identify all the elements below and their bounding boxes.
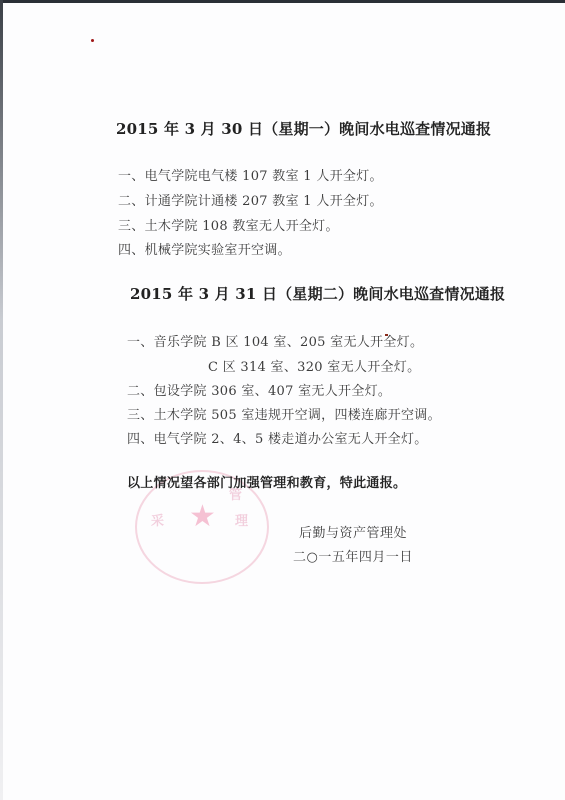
section-2-item-3: 三、土木学院 505 室违规开空调，四楼连廊开空调。 — [127, 404, 441, 423]
stamp-right-char: 理 — [235, 510, 248, 529]
scanned-document-page: 2015 年 3 月 30 日（星期一）晚间水电巡查情况通报 一、电气学院电气楼… — [0, 0, 565, 800]
scan-speck — [91, 39, 94, 42]
scan-edge-left — [0, 0, 3, 800]
closing-statement: 以上情况望各部门加强管理和教育，特此通报。 — [127, 472, 406, 491]
section-1-item-1: 一、电气学院电气楼 107 教室 1 人开全灯。 — [118, 165, 383, 184]
stamp-star-icon: ★ — [189, 502, 216, 532]
section-2-item-1-continued: C 区 314 室、320 室无人开全灯。 — [208, 356, 420, 375]
section-1-item-2: 二、计通学院计通楼 207 教室 1 人开全灯。 — [118, 190, 383, 209]
section-2-item-1: 一、音乐学院 B 区 104 室、205 室无人开全灯。 — [127, 331, 423, 350]
stamp-left-char: 采 — [151, 510, 164, 529]
issuer-name: 后勤与资产管理处 — [299, 522, 407, 541]
issue-date: 二○一五年四月一日 — [293, 546, 413, 565]
section-1-item-3: 三、土木学院 108 教室无人开全灯。 — [118, 215, 339, 234]
section-2-item-4: 四、电气学院 2、4、5 楼走道办公室无人开全灯。 — [127, 428, 428, 447]
scan-edge-top — [0, 0, 565, 3]
section-1-item-4: 四、机械学院实验室开空调。 — [118, 239, 291, 258]
section-1-title: 2015 年 3 月 30 日（星期一）晚间水电巡查情况通报 — [116, 118, 491, 139]
section-2-title: 2015 年 3 月 31 日（星期二）晚间水电巡查情况通报 — [130, 283, 505, 304]
section-2-item-2: 二、包设学院 306 室、407 室无人开全灯。 — [127, 380, 391, 399]
